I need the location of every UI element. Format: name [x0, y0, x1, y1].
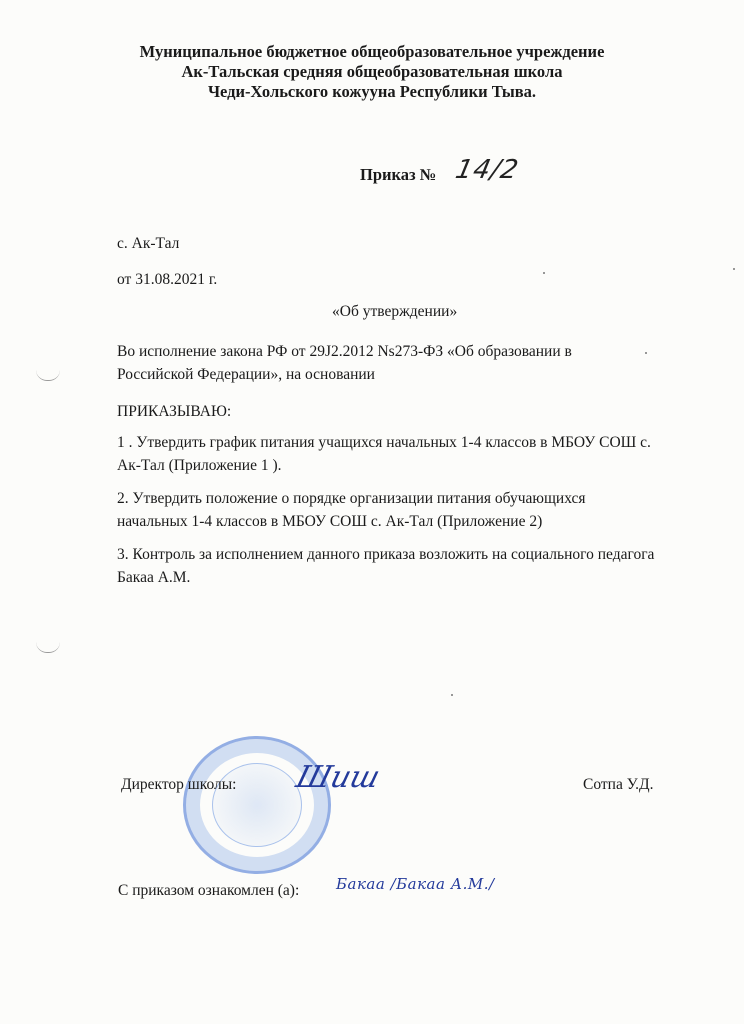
school-stamp-icon [183, 736, 331, 874]
order-title: Приказ № [360, 165, 436, 185]
legal-basis: Во исполнение закона РФ от 29J2.2012 Ns2… [117, 340, 647, 386]
order-item-1: 1 . Утвердить график питания учащихся на… [117, 431, 657, 477]
order-date: от 31.08.2021 г. [117, 268, 217, 291]
header-line-3: Чеди-Хольского кожууна Республики Тыва. [0, 82, 744, 102]
director-label: Директор школы: [121, 773, 236, 796]
scan-speck [733, 268, 735, 270]
order-word: ПРИКАЗЫВАЮ: [117, 400, 231, 423]
header-line-2: Ак-Тальская средняя общеобразовательная … [0, 62, 744, 82]
place: с. Ак-Тал [117, 232, 179, 255]
scan-speck [451, 694, 453, 696]
scan-speck [543, 272, 545, 274]
punch-hole-mark [36, 370, 60, 381]
director-name: Сотпа У.Д. [583, 773, 653, 796]
institution-header: Муниципальное бюджетное общеобразователь… [0, 42, 744, 102]
scan-speck [645, 352, 647, 354]
acquainted-label: С приказом ознакомлен (а): [118, 879, 299, 902]
order-item-2: 2. Утвердить положение о порядке организ… [117, 487, 657, 533]
order-subject: «Об утверждении» [332, 300, 457, 323]
acquainted-signature: Бакаа /Бакаа А.М./ [336, 875, 495, 893]
punch-hole-mark [36, 642, 60, 653]
document-page: Муниципальное бюджетное общеобразователь… [0, 0, 744, 1024]
director-signature: Шиш [292, 760, 383, 795]
order-number-handwritten: 14/2 [453, 155, 522, 185]
order-item-3: 3. Контроль за исполнением данного прика… [117, 543, 657, 589]
header-line-1: Муниципальное бюджетное общеобразователь… [0, 42, 744, 62]
